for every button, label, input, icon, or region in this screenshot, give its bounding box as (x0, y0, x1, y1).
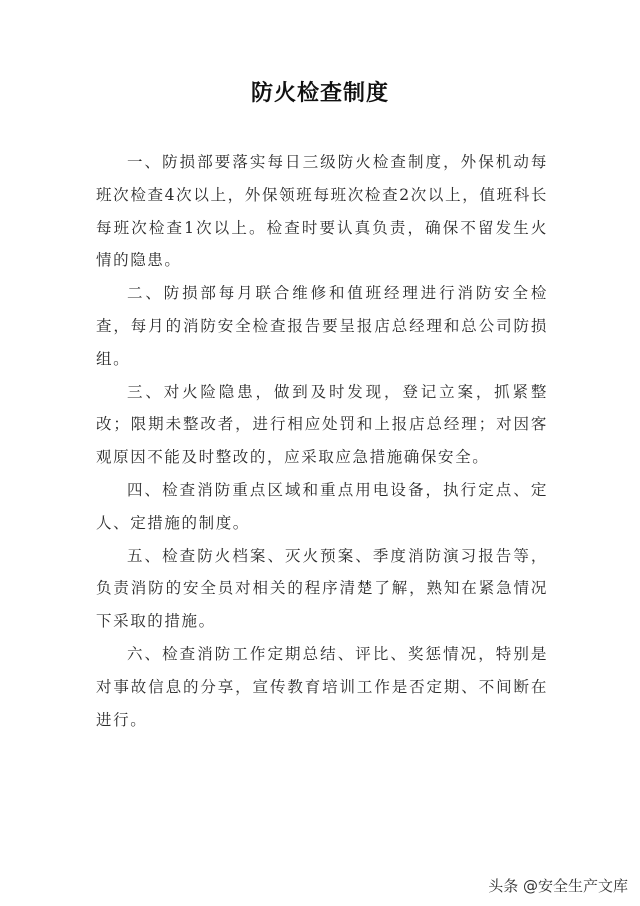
document-body: 一、防损部要落实每日三级防火检查制度，外保机动每班次检查4次以上，外保领班每班次… (96, 146, 548, 736)
paragraph-1: 一、防损部要落实每日三级防火检查制度，外保机动每班次检查4次以上，外保领班每班次… (96, 146, 548, 277)
paragraph-5: 五、检查防火档案、灭火预案、季度消防演习报告等，负责消防的安全员对相关的程序清楚… (96, 540, 548, 638)
paragraph-2: 二、防损部每月联合维修和值班经理进行消防安全检查，每月的消防安全检查报告要呈报店… (96, 277, 548, 375)
source-watermark: 头条 @安全生产文库 (488, 875, 628, 896)
paragraph-3: 三、对火险隐患，做到及时发现，登记立案，抓紧整改；限期未整改者，进行相应处罚和上… (96, 376, 548, 474)
document-title: 防火检查制度 (0, 76, 640, 107)
paragraph-4: 四、检查消防重点区域和重点用电设备，执行定点、定人、定措施的制度。 (96, 474, 548, 540)
paragraph-6: 六、检查消防工作定期总结、评比、奖惩情况，特别是对事故信息的分享，宣传教育培训工… (96, 638, 548, 736)
